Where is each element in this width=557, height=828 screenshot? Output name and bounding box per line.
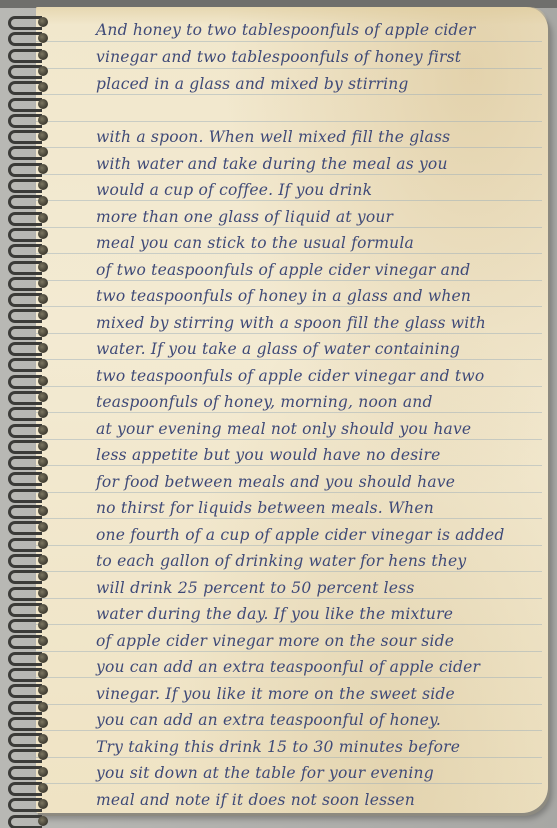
spiral-coil-icon bbox=[8, 749, 42, 763]
punch-hole-icon bbox=[38, 555, 48, 565]
spiral-coil-icon bbox=[8, 717, 42, 731]
punch-hole-icon bbox=[38, 278, 48, 288]
notebook-page: And honey to two tablespoonfuls of apple… bbox=[36, 7, 548, 813]
spiral-coil-icon bbox=[8, 212, 42, 226]
spiral-coil-icon bbox=[8, 440, 42, 454]
ruled-line bbox=[36, 121, 542, 122]
ruled-line bbox=[36, 704, 542, 705]
spiral-coil-icon bbox=[8, 424, 42, 438]
punch-hole-icon bbox=[38, 245, 48, 255]
punch-hole-icon bbox=[38, 457, 48, 467]
text-line: with water and take during the meal as y… bbox=[96, 155, 448, 173]
ruled-line bbox=[36, 94, 542, 95]
punch-hole-icon bbox=[38, 66, 48, 76]
punch-hole-icon bbox=[38, 327, 48, 337]
spiral-coil-icon bbox=[8, 766, 42, 780]
punch-hole-icon bbox=[38, 490, 48, 500]
spiral-coil-icon bbox=[8, 309, 42, 323]
punch-hole-icon bbox=[38, 196, 48, 206]
punch-hole-icon bbox=[38, 669, 48, 679]
spiral-coil-icon bbox=[8, 65, 42, 79]
spiral-coil-icon bbox=[8, 293, 42, 307]
text-line: water. If you take a glass of water cont… bbox=[96, 340, 460, 358]
text-line: mixed by stirring with a spoon fill the … bbox=[96, 314, 486, 332]
spiral-coil-icon bbox=[8, 146, 42, 160]
punch-hole-icon bbox=[38, 343, 48, 353]
ruled-line bbox=[36, 677, 542, 678]
ruled-line bbox=[36, 730, 542, 731]
text-line: you sit down at the table for your eveni… bbox=[96, 764, 434, 782]
punch-hole-icon bbox=[38, 310, 48, 320]
text-line: placed in a glass and mixed by stirring bbox=[96, 75, 409, 93]
ruled-line bbox=[36, 783, 542, 784]
punch-hole-icon bbox=[38, 718, 48, 728]
punch-hole-icon bbox=[38, 767, 48, 777]
text-line: vinegar. If you like it more on the swee… bbox=[96, 685, 455, 703]
punch-hole-icon bbox=[38, 180, 48, 190]
punch-hole-icon bbox=[38, 506, 48, 516]
spiral-coil-icon bbox=[8, 619, 42, 633]
punch-hole-icon bbox=[38, 262, 48, 272]
punch-hole-icon bbox=[38, 783, 48, 793]
ruled-line bbox=[36, 200, 542, 201]
text-line: less appetite but you would have no desi… bbox=[96, 446, 441, 464]
ruled-line bbox=[36, 386, 542, 387]
spiral-coil-icon bbox=[8, 603, 42, 617]
text-line: would a cup of coffee. If you drink bbox=[96, 181, 372, 199]
punch-hole-icon bbox=[38, 636, 48, 646]
text-line: will drink 25 percent to 50 percent less bbox=[96, 579, 414, 597]
text-line: to each gallon of drinking water for hen… bbox=[96, 552, 466, 570]
spiral-coil-icon bbox=[8, 163, 42, 177]
ruled-line bbox=[36, 333, 542, 334]
spiral-coil-icon bbox=[8, 733, 42, 747]
punch-hole-icon bbox=[38, 604, 48, 614]
ruled-line bbox=[36, 359, 542, 360]
punch-hole-icon bbox=[38, 522, 48, 532]
punch-hole-icon bbox=[38, 571, 48, 581]
ruled-line bbox=[36, 757, 542, 758]
spiral-coil-icon bbox=[8, 326, 42, 340]
punch-hole-icon bbox=[38, 294, 48, 304]
ruled-line bbox=[36, 571, 542, 572]
text-line: meal you can stick to the usual formula bbox=[96, 234, 414, 252]
notebook-scan: And honey to two tablespoonfuls of apple… bbox=[0, 0, 557, 828]
ruled-line bbox=[36, 68, 542, 69]
spiral-coil-icon bbox=[8, 798, 42, 812]
text-line: no thirst for liquids between meals. Whe… bbox=[96, 499, 434, 517]
punch-hole-icon bbox=[38, 816, 48, 826]
ruled-line bbox=[36, 492, 542, 493]
punch-hole-icon bbox=[38, 750, 48, 760]
punch-hole-icon bbox=[38, 147, 48, 157]
spiral-coil-icon bbox=[8, 391, 42, 405]
spiral-coil-icon bbox=[8, 244, 42, 258]
punch-hole-icon bbox=[38, 620, 48, 630]
ruled-line bbox=[36, 147, 542, 148]
punch-hole-icon bbox=[38, 539, 48, 549]
spiral-coil-icon bbox=[8, 538, 42, 552]
spiral-coil-icon bbox=[8, 277, 42, 291]
ruled-line bbox=[36, 227, 542, 228]
spiral-coil-icon bbox=[8, 521, 42, 535]
spiral-coil-icon bbox=[8, 32, 42, 46]
punch-hole-icon bbox=[38, 734, 48, 744]
ruled-line bbox=[36, 439, 542, 440]
text-line: teaspoonfuls of honey, morning, noon and bbox=[96, 393, 433, 411]
spiral-coil-icon bbox=[8, 815, 42, 828]
text-line: two teaspoonfuls of honey in a glass and… bbox=[96, 287, 471, 305]
punch-hole-icon bbox=[38, 425, 48, 435]
punch-hole-icon bbox=[38, 588, 48, 598]
text-line: one fourth of a cup of apple cider vineg… bbox=[96, 526, 505, 544]
spiral-coil-icon bbox=[8, 587, 42, 601]
ruled-line bbox=[36, 545, 542, 546]
punch-hole-icon bbox=[38, 408, 48, 418]
punch-hole-icon bbox=[38, 653, 48, 663]
spiral-coil-icon bbox=[8, 49, 42, 63]
ruled-line bbox=[36, 174, 542, 175]
ruled-line bbox=[36, 624, 542, 625]
spiral-coil-icon bbox=[8, 16, 42, 30]
spiral-coil-icon bbox=[8, 701, 42, 715]
text-line: water during the day. If you like the mi… bbox=[96, 605, 453, 623]
ruled-line bbox=[36, 253, 542, 254]
punch-hole-icon bbox=[38, 229, 48, 239]
spiral-coil-icon bbox=[8, 375, 42, 389]
spiral-coil-icon bbox=[8, 472, 42, 486]
spiral-coil-icon bbox=[8, 782, 42, 796]
punch-hole-icon bbox=[38, 50, 48, 60]
spiral-coil-icon bbox=[8, 195, 42, 209]
punch-hole-icon bbox=[38, 115, 48, 125]
spiral-coil-icon bbox=[8, 342, 42, 356]
spiral-coil-icon bbox=[8, 81, 42, 95]
punch-hole-icon bbox=[38, 99, 48, 109]
spiral-coil-icon bbox=[8, 179, 42, 193]
text-line: you can add an extra teaspoonful of hone… bbox=[96, 711, 441, 729]
ruled-line bbox=[36, 465, 542, 466]
spiral-coil-icon bbox=[8, 652, 42, 666]
punch-hole-icon bbox=[38, 131, 48, 141]
punch-hole-icon bbox=[38, 392, 48, 402]
spiral-coil-icon bbox=[8, 456, 42, 470]
spiral-binding bbox=[0, 10, 50, 820]
text-line: And honey to two tablespoonfuls of apple… bbox=[96, 21, 476, 39]
spiral-coil-icon bbox=[8, 130, 42, 144]
spiral-coil-icon bbox=[8, 261, 42, 275]
spiral-coil-icon bbox=[8, 358, 42, 372]
punch-hole-icon bbox=[38, 799, 48, 809]
ruled-line bbox=[36, 306, 542, 307]
text-line: you can add an extra teaspoonful of appl… bbox=[96, 658, 480, 676]
punch-hole-icon bbox=[38, 473, 48, 483]
text-line: of apple cider vinegar more on the sour … bbox=[96, 632, 454, 650]
punch-hole-icon bbox=[38, 213, 48, 223]
punch-hole-icon bbox=[38, 359, 48, 369]
spiral-coil-icon bbox=[8, 489, 42, 503]
punch-hole-icon bbox=[38, 685, 48, 695]
text-line: two teaspoonfuls of apple cider vinegar … bbox=[96, 367, 484, 385]
text-line: with a spoon. When well mixed fill the g… bbox=[96, 128, 450, 146]
punch-hole-icon bbox=[38, 82, 48, 92]
ruled-line bbox=[36, 598, 542, 599]
punch-hole-icon bbox=[38, 164, 48, 174]
spiral-coil-icon bbox=[8, 98, 42, 112]
spiral-coil-icon bbox=[8, 505, 42, 519]
punch-hole-icon bbox=[38, 376, 48, 386]
ruled-line bbox=[36, 280, 542, 281]
text-line: meal and note if it does not soon lessen bbox=[96, 791, 415, 809]
spiral-coil-icon bbox=[8, 668, 42, 682]
punch-hole-icon bbox=[38, 17, 48, 27]
spiral-coil-icon bbox=[8, 554, 42, 568]
text-line: at your evening meal not only should you… bbox=[96, 420, 471, 438]
ruled-line bbox=[36, 412, 542, 413]
spiral-coil-icon bbox=[8, 228, 42, 242]
text-line: more than one glass of liquid at your bbox=[96, 208, 393, 226]
spiral-coil-icon bbox=[8, 407, 42, 421]
punch-hole-icon bbox=[38, 441, 48, 451]
spiral-coil-icon bbox=[8, 684, 42, 698]
text-line: vinegar and two tablespoonfuls of honey … bbox=[96, 48, 461, 66]
spiral-coil-icon bbox=[8, 570, 42, 584]
text-line: Try taking this drink 15 to 30 minutes b… bbox=[96, 738, 460, 756]
punch-hole-icon bbox=[38, 702, 48, 712]
text-line: for food between meals and you should ha… bbox=[96, 473, 455, 491]
text-line: of two teaspoonfuls of apple cider vineg… bbox=[96, 261, 470, 279]
spiral-coil-icon bbox=[8, 635, 42, 649]
ruled-line bbox=[36, 651, 542, 652]
ruled-line bbox=[36, 41, 542, 42]
spiral-coil-icon bbox=[8, 114, 42, 128]
punch-hole-icon bbox=[38, 33, 48, 43]
ruled-line bbox=[36, 518, 542, 519]
